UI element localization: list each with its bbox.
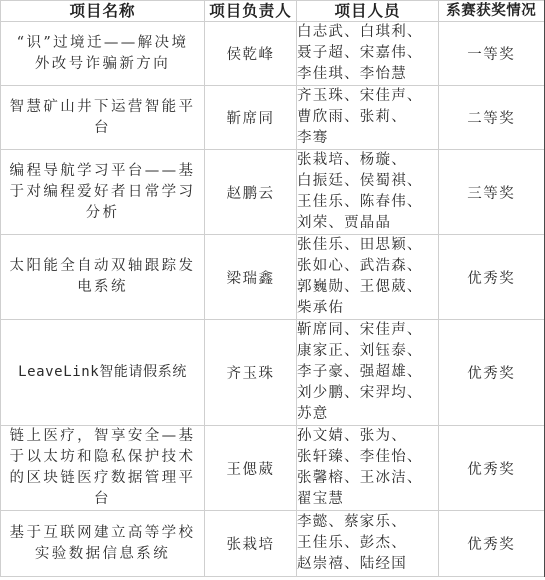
project-leader-cell: 齐玉珠 (205, 320, 297, 426)
members-line: 张佳乐、田思颖、 (297, 235, 438, 256)
project-name-line: 编程导航学习平台——基 (1, 161, 204, 182)
project-name-cell: 智慧矿山井下运营智能平 台 (1, 86, 205, 150)
table-row: 编程导航学习平台——基 于对编程爱好者日常学习 分析 赵鹏云 张栽培、杨璇、 白… (1, 150, 545, 235)
award-cell: 优秀奖 (439, 426, 545, 511)
project-leader-cell: 赵鹏云 (205, 150, 297, 235)
header-project-members: 项目人员 (297, 1, 439, 22)
project-members-cell: 白志武、白琪利、 聂子超、宋嘉伟、 李佳琪、李怡慧 (297, 22, 439, 86)
members-line: 孙文婧、张为、 (297, 426, 438, 447)
project-leader-cell: 张栽培 (205, 511, 297, 577)
project-name-cell: 链上医疗，智享安全—基 于以太坊和隐私保护技术 的区块链医疗数据管理平 台 (1, 426, 205, 511)
members-line: 张馨榕、王冰洁、 (297, 468, 438, 489)
project-members-cell: 孙文婧、张为、 张轩臻、李佳怡、 张馨榕、王冰洁、 翟宝慧 (297, 426, 439, 511)
members-line: 郭巍勋、王偲葳、 (297, 277, 438, 298)
project-leader-cell: 侯乾峰 (205, 22, 297, 86)
project-name-line: 分析 (1, 203, 204, 224)
table-row: 基于互联网建立高等学校 实验数据信息系统 张栽培 李懿、蔡家乐、 王佳乐、彭杰、… (1, 511, 545, 577)
project-name-line: 外改号诈骗新方向 (1, 54, 204, 75)
table-row: “识”过境迁——解决境 外改号诈骗新方向 侯乾峰 白志武、白琪利、 聂子超、宋嘉… (1, 22, 545, 86)
project-name-cell: “识”过境迁——解决境 外改号诈骗新方向 (1, 22, 205, 86)
members-line: 张栽培、杨璇、 (297, 150, 438, 171)
members-line: 齐玉珠、宋佳声、 (297, 86, 438, 107)
table-row: 智慧矿山井下运营智能平 台 靳席同 齐玉珠、宋佳声、 曹欣雨、张莉、 李骞 二等… (1, 86, 545, 150)
members-line: 王佳乐、陈春伟、 (297, 192, 438, 213)
header-row: 项目名称 项目负责人 项目人员 系赛获奖情况 (1, 1, 545, 22)
project-members-cell: 齐玉珠、宋佳声、 曹欣雨、张莉、 李骞 (297, 86, 439, 150)
award-cell: 二等奖 (439, 86, 545, 150)
project-name-cell: 基于互联网建立高等学校 实验数据信息系统 (1, 511, 205, 577)
awards-table: 项目名称 项目负责人 项目人员 系赛获奖情况 “识”过境迁——解决境 外改号诈骗… (0, 0, 545, 577)
project-name-line: 于对编程爱好者日常学习 (1, 182, 204, 203)
members-line: 王佳乐、彭杰、 (297, 533, 438, 554)
members-line: 赵崇禧、陆经国 (297, 554, 438, 575)
members-line: 李子豪、强超雄、 (297, 362, 438, 383)
project-leader-cell: 靳席同 (205, 86, 297, 150)
members-line: 翟宝慧 (297, 489, 438, 510)
project-name-line: 链上医疗，智享安全—基 (1, 426, 204, 447)
header-award: 系赛获奖情况 (439, 1, 545, 22)
members-line: 白志武、白琪利、 (297, 22, 438, 43)
table-row: 链上医疗，智享安全—基 于以太坊和隐私保护技术 的区块链医疗数据管理平 台 王偲… (1, 426, 545, 511)
project-name-line: 基于互联网建立高等学校 (1, 523, 204, 544)
header-project-name: 项目名称 (1, 1, 205, 22)
project-name-line: 太阳能全自动双轴跟踪发 (1, 256, 204, 277)
project-name-line: 台 (1, 489, 204, 510)
header-project-leader: 项目负责人 (205, 1, 297, 22)
members-line: 张轩臻、李佳怡、 (297, 447, 438, 468)
project-name-cell: 编程导航学习平台——基 于对编程爱好者日常学习 分析 (1, 150, 205, 235)
project-members-cell: 张佳乐、田思颖、 张如心、武浩森、 郭巍勋、王偲葳、 柴承佑 (297, 235, 439, 320)
project-members-cell: 张栽培、杨璇、 白振廷、侯蜀祺、 王佳乐、陈春伟、 刘荣、贾晶晶 (297, 150, 439, 235)
members-line: 聂子超、宋嘉伟、 (297, 43, 438, 64)
project-members-cell: 靳席同、宋佳声、 康家正、刘钰泰、 李子豪、强超雄、 刘少鹏、宋羿均、 苏意 (297, 320, 439, 426)
table-row: LeaveLink智能请假系统 齐玉珠 靳席同、宋佳声、 康家正、刘钰泰、 李子… (1, 320, 545, 426)
award-cell: 优秀奖 (439, 235, 545, 320)
project-name-line: 电系统 (1, 277, 204, 298)
project-members-cell: 李懿、蔡家乐、 王佳乐、彭杰、 赵崇禧、陆经国 (297, 511, 439, 577)
members-line: 曹欣雨、张莉、 (297, 107, 438, 128)
project-name-line: 的区块链医疗数据管理平 (1, 468, 204, 489)
members-line: 李懿、蔡家乐、 (297, 512, 438, 533)
award-cell: 一等奖 (439, 22, 545, 86)
members-line: 李佳琪、李怡慧 (297, 64, 438, 85)
project-leader-cell: 王偲葳 (205, 426, 297, 511)
project-name-line: 智慧矿山井下运营智能平 (1, 97, 204, 118)
project-name-line: LeaveLink智能请假系统 (1, 362, 204, 383)
project-name-line: 台 (1, 118, 204, 139)
project-name-line: 于以太坊和隐私保护技术 (1, 447, 204, 468)
members-line: 刘荣、贾晶晶 (297, 213, 438, 234)
members-line: 靳席同、宋佳声、 (297, 320, 438, 341)
members-line: 刘少鹏、宋羿均、 (297, 383, 438, 404)
members-line: 张如心、武浩森、 (297, 256, 438, 277)
award-cell: 优秀奖 (439, 511, 545, 577)
members-line: 康家正、刘钰泰、 (297, 341, 438, 362)
project-name-line: “识”过境迁——解决境 (1, 33, 204, 54)
table-row: 太阳能全自动双轴跟踪发 电系统 梁瑞鑫 张佳乐、田思颖、 张如心、武浩森、 郭巍… (1, 235, 545, 320)
project-leader-cell: 梁瑞鑫 (205, 235, 297, 320)
members-line: 白振廷、侯蜀祺、 (297, 171, 438, 192)
members-line: 李骞 (297, 128, 438, 149)
project-name-line: 实验数据信息系统 (1, 544, 204, 565)
project-name-cell: LeaveLink智能请假系统 (1, 320, 205, 426)
members-line: 苏意 (297, 404, 438, 425)
award-cell: 三等奖 (439, 150, 545, 235)
award-cell: 优秀奖 (439, 320, 545, 426)
project-name-cell: 太阳能全自动双轴跟踪发 电系统 (1, 235, 205, 320)
members-line: 柴承佑 (297, 298, 438, 319)
